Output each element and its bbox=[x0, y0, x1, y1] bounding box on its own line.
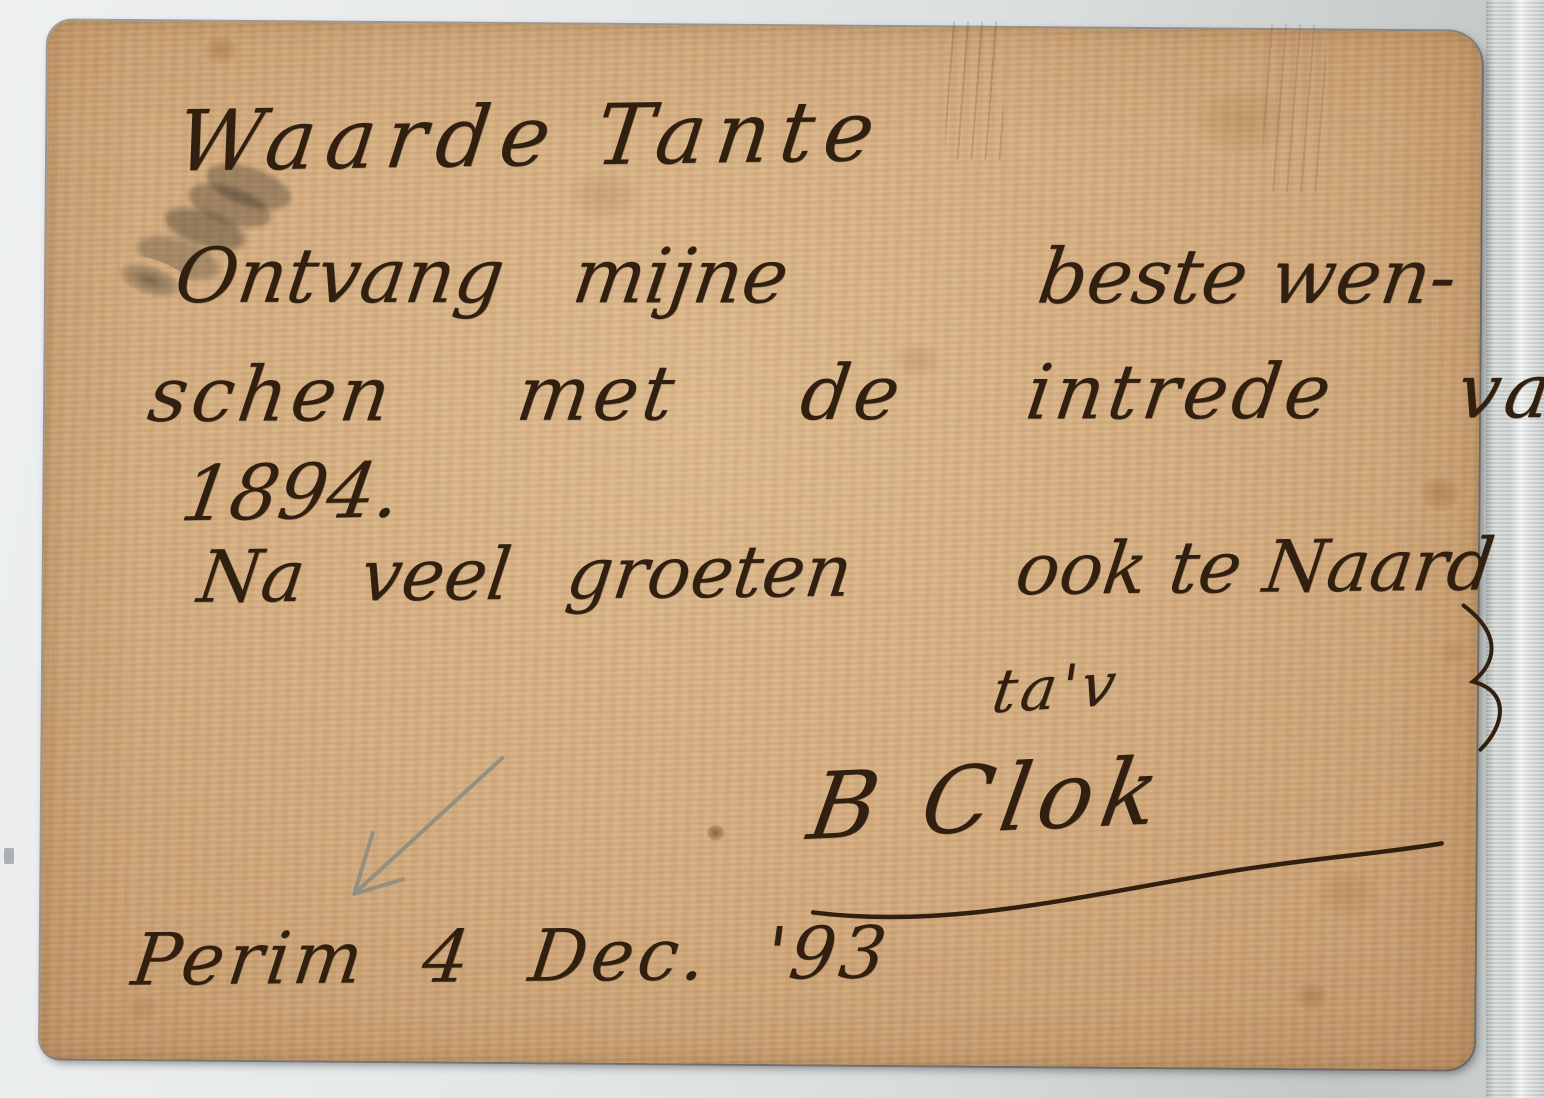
stain bbox=[198, 30, 244, 70]
handwriting-body-line-4: Na veel groeten ook te Naard bbox=[194, 528, 1498, 613]
postcard: Waarde Tante Ontvang mijne beste wen- sc… bbox=[40, 20, 1482, 1069]
handwriting-valediction: ta'v bbox=[988, 654, 1123, 722]
signature-underline-flourish bbox=[797, 816, 1458, 931]
scanned-postcard-image: Waarde Tante Ontvang mijne beste wen- sc… bbox=[0, 0, 1544, 1098]
handwriting-body-line-1: Ontvang mijne beste wen- bbox=[171, 238, 1462, 315]
stain bbox=[704, 822, 728, 844]
stain bbox=[1288, 976, 1334, 1016]
handwriting-segment: Na veel groeten bbox=[194, 535, 856, 613]
ink-streaks bbox=[945, 21, 1004, 159]
handwriting-body-line-3: 1894. bbox=[176, 452, 406, 532]
pencil-arrow-icon bbox=[341, 741, 572, 913]
stain bbox=[1412, 469, 1468, 517]
handwriting-segment: Ontvang mijne bbox=[171, 238, 793, 315]
ink-streaks bbox=[1263, 24, 1326, 192]
handwriting-body-line-2: schen met de intrede van bbox=[144, 353, 1544, 433]
paper-stains bbox=[48, 20, 1482, 31]
handwriting-dateline: Perim 4 Dec. '93 bbox=[128, 916, 894, 995]
naard-abbreviation-flourish bbox=[1434, 599, 1535, 760]
handwriting-segment: ook te Naard bbox=[1012, 528, 1498, 605]
handwriting-salutation: Waarde Tante bbox=[172, 89, 889, 184]
handwriting-segment: beste wen- bbox=[1034, 239, 1462, 315]
scanner-edge-mark bbox=[4, 848, 14, 864]
